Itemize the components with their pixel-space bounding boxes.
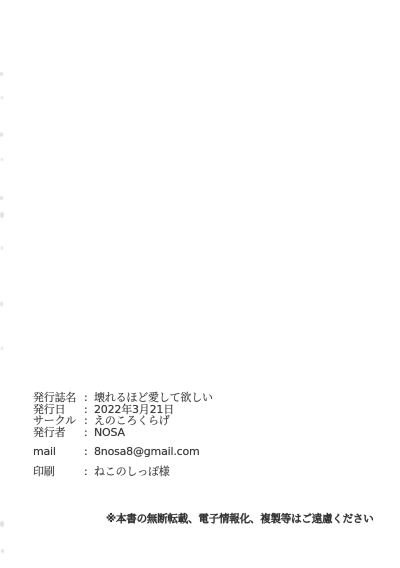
row-separator: : — [84, 427, 94, 439]
row-label: 印刷 — [33, 466, 84, 478]
row-label: 発行誌名 — [33, 392, 84, 404]
row-value: ねこのしっぽ様 — [94, 466, 170, 478]
row-value: NOSA — [94, 427, 125, 439]
colophon-block: 発行誌名 : 壊れるほど愛して欲しい 発行日 : 2022年3月21日 サークル… — [33, 392, 213, 477]
disclaimer-note: ※本書の無断転載、電子情報化、複製等はご遠慮ください — [106, 511, 374, 526]
colophon-row-circle: サークル : えのころくらげ — [33, 415, 213, 427]
scanned-colophon-page: 発行誌名 : 壊れるほど愛して欲しい 発行日 : 2022年3月21日 サークル… — [0, 0, 400, 568]
row-separator: : — [84, 446, 94, 458]
colophon-row-mail: mail : 8nosa8@gmail.com — [33, 446, 213, 458]
row-label: サークル — [33, 415, 84, 427]
row-label: 発行者 — [33, 427, 84, 439]
colophon-row-printer: 印刷 : ねこのしっぽ様 — [33, 466, 213, 478]
row-value: 壊れるほど愛して欲しい — [94, 392, 213, 404]
row-value: えのころくらげ — [94, 415, 170, 427]
row-separator: : — [84, 466, 94, 478]
row-separator: : — [84, 415, 94, 427]
row-separator: : — [84, 392, 94, 404]
row-value-email: 8nosa8@gmail.com — [94, 446, 200, 458]
row-label: mail — [33, 446, 84, 458]
colophon-row-publisher: 発行者 : NOSA — [33, 427, 213, 439]
colophon-row-title: 発行誌名 : 壊れるほど愛して欲しい — [33, 392, 213, 404]
